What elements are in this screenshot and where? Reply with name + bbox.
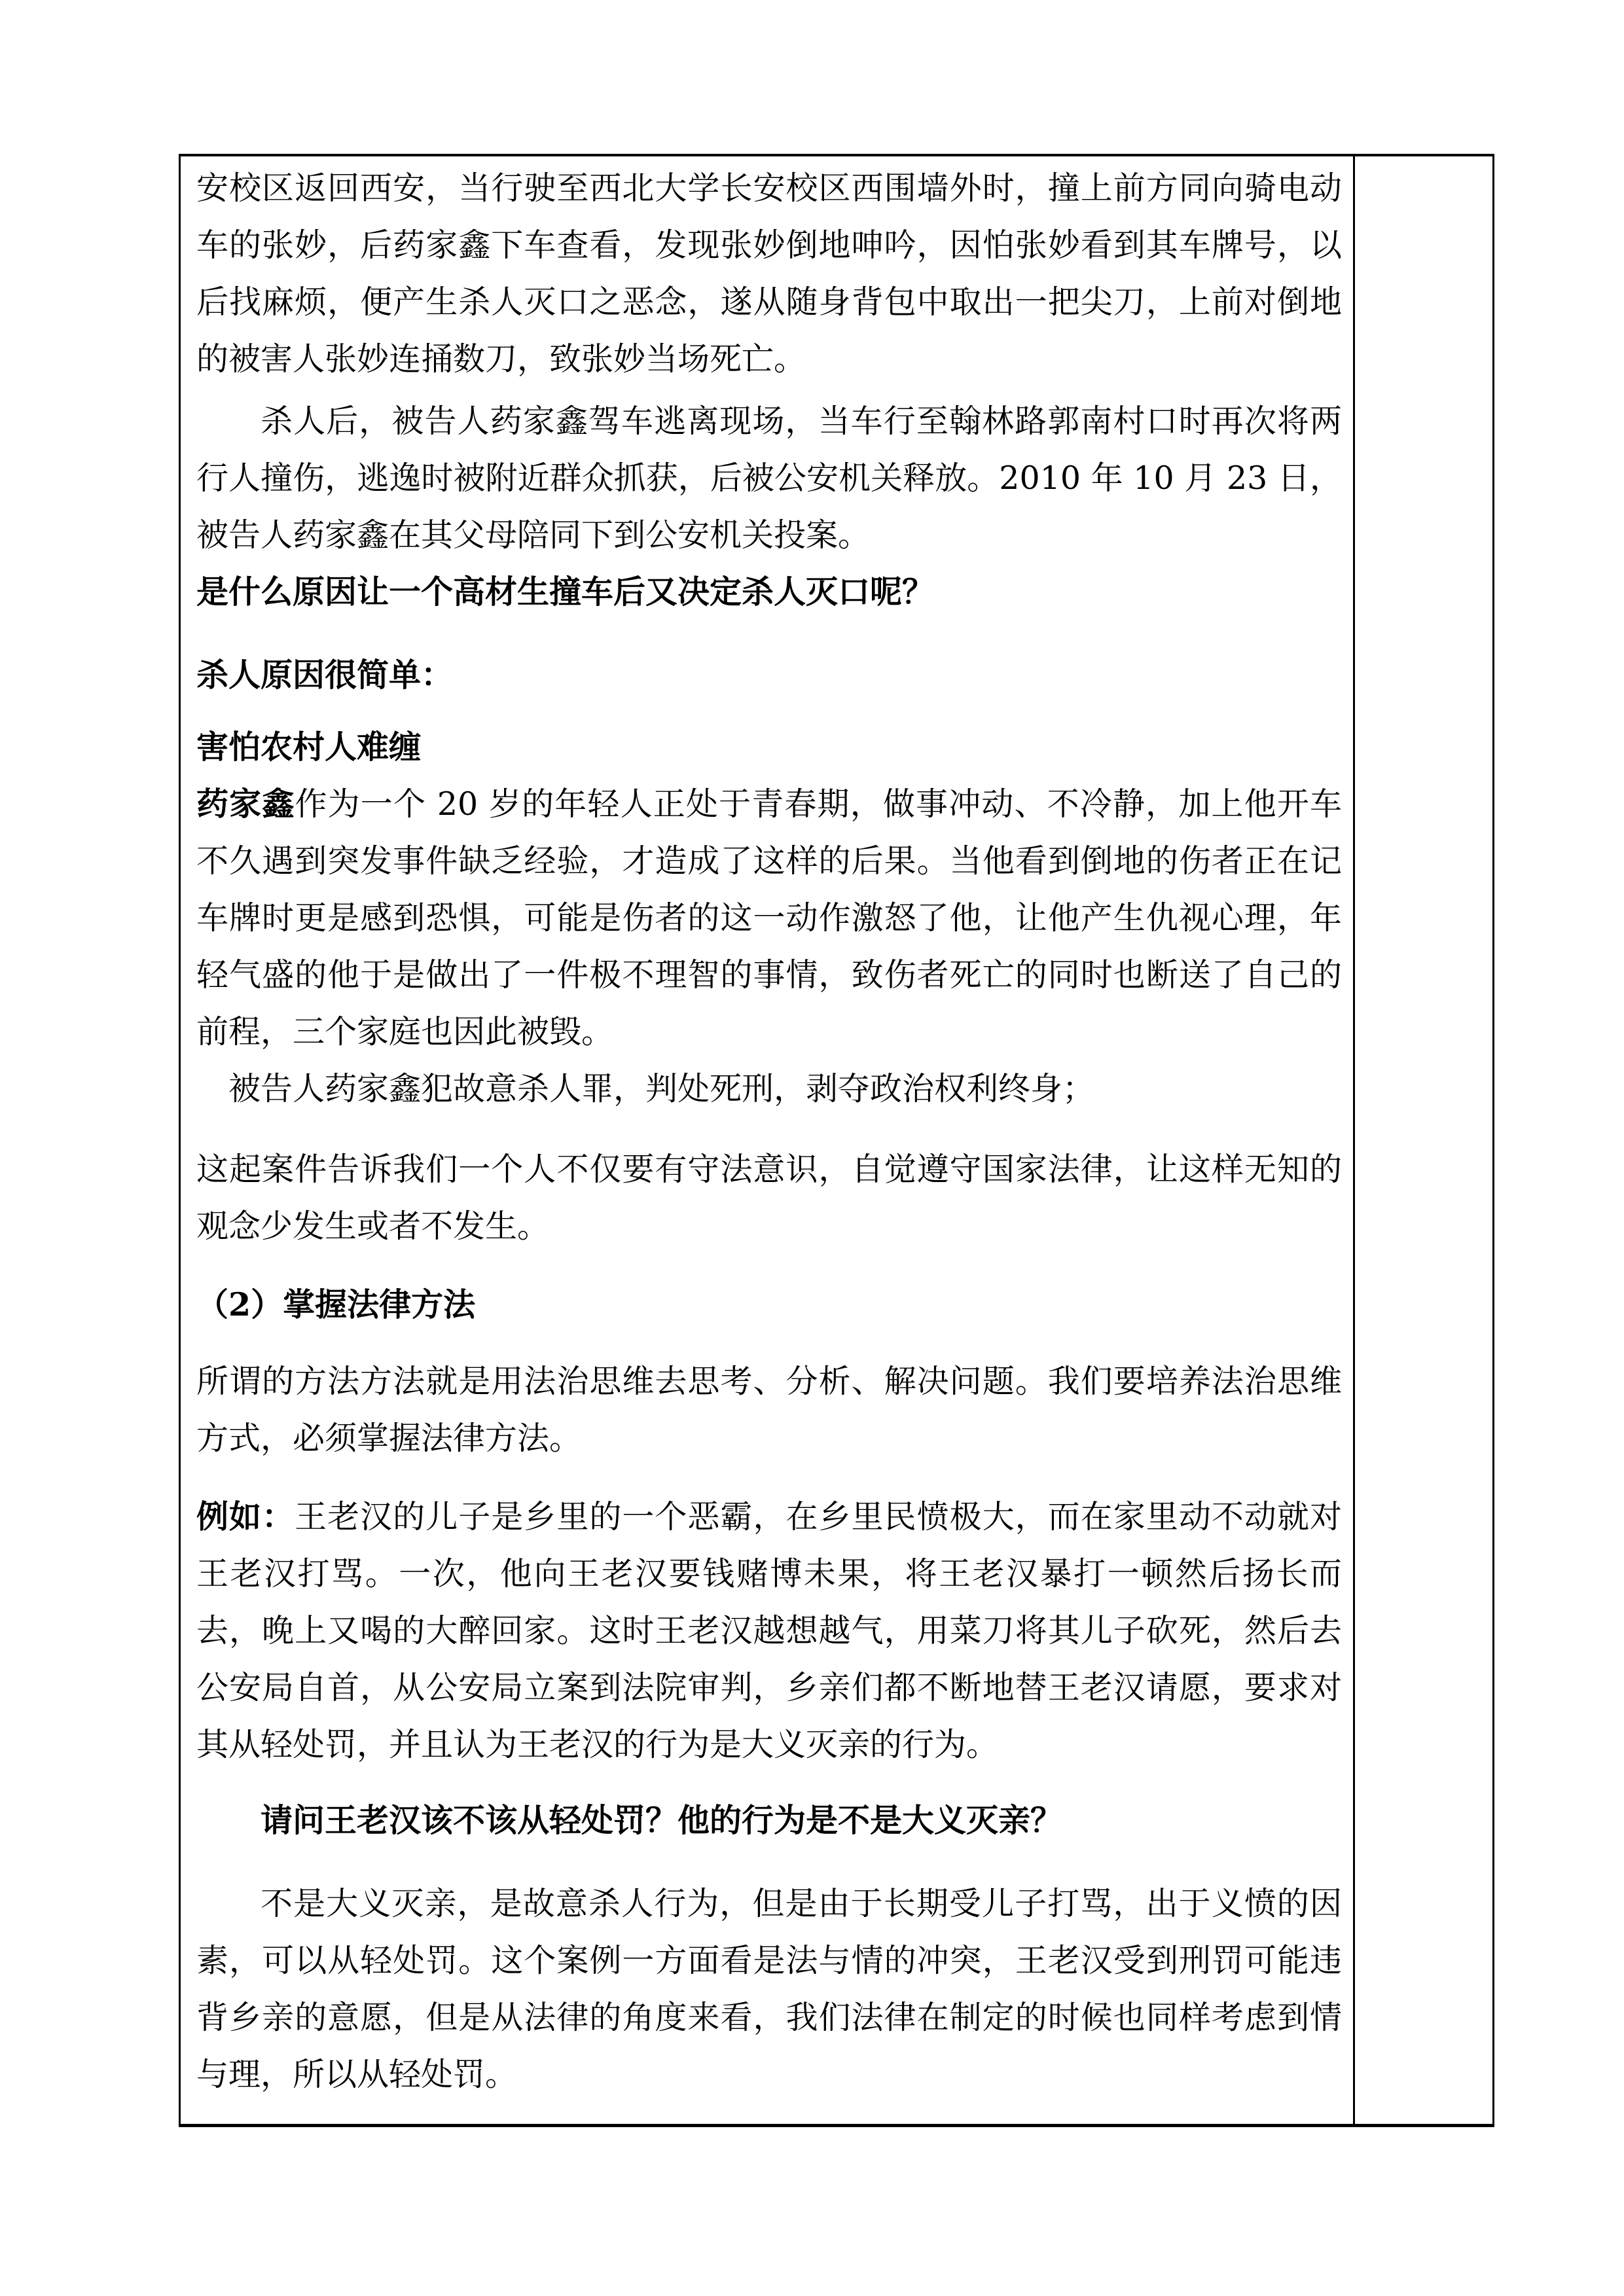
text-segment: 这起案件告诉我们一个人不仅要有守法意识，自觉遵守国家法律，让这样无知的观念少发生…: [196, 1151, 1342, 1245]
text-segment-bold: 害怕农村人难缠: [196, 728, 421, 766]
para-example-wang: 例如：王老汉的儿子是乡里的一个恶霸，在乡里民愤极大，而在家里动不动就对王老汉打骂…: [196, 1488, 1342, 1773]
text-segment-bold: 例如：: [196, 1498, 295, 1535]
text-segment: 被告人药家鑫犯故意杀人罪，判处死刑，剥夺政治权利终身；: [228, 1070, 1094, 1107]
para-after-murder: 杀人后，被告人药家鑫驾车逃离现场，当车行至翰林路郭南村口时再次将两行人撞伤，逃逸…: [196, 393, 1342, 564]
side-column-cell: [1353, 156, 1492, 2124]
text-segment-bold: 是什么原因让一个高材生撞车后又决定杀人灭口呢？: [196, 573, 934, 611]
text-segment: 所谓的方法方法就是用法治思维去思考、分析、解决问题。我们要培养法治思维方式，必须…: [196, 1363, 1342, 1457]
text-segment-bold: 杀人原因很简单：: [196, 656, 453, 694]
para-case-continuation: 安校区返回西安，当行驶至西北大学长安校区西围墙外时，撞上前方同向骑电动车的张妙，…: [196, 160, 1342, 387]
heading-murder-reason: 杀人原因很简单：: [196, 647, 1342, 704]
heading-fear-rural-people: 害怕农村人难缠: [196, 719, 1342, 776]
text-segment-bold: （2）掌握法律方法: [196, 1285, 475, 1323]
lesson-plan-table: 安校区返回西安，当行驶至西北大学长安校区西围墙外时，撞上前方同向骑电动车的张妙，…: [179, 154, 1494, 2127]
para-method-definition: 所谓的方法方法就是用法治思维去思考、分析、解决问题。我们要培养法治思维方式，必须…: [196, 1353, 1342, 1467]
text-segment: 作为一个 20 岁的年轻人正处于青春期，做事冲动、不冷静，加上他开车不久遇到突发…: [196, 785, 1342, 1050]
para-psychology-analysis: 药家鑫作为一个 20 岁的年轻人正处于青春期，做事冲动、不冷静，加上他开车不久遇…: [196, 776, 1342, 1060]
text-segment: 王老汉的儿子是乡里的一个恶霸，在乡里民愤极大，而在家里动不动就对王老汉打骂。一次…: [196, 1498, 1342, 1763]
document-page: 安校区返回西安，当行驶至西北大学长安校区西围墙外时，撞上前方同向骑电动车的张妙，…: [0, 0, 1624, 2296]
text-segment-bold: 药家鑫: [196, 785, 295, 823]
question-why-kill: 是什么原因让一个高材生撞车后又决定杀人灭口呢？: [196, 564, 1342, 620]
lesson-content-cell: 安校区返回西安，当行驶至西北大学长安校区西围墙外时，撞上前方同向骑电动车的张妙，…: [181, 156, 1353, 2124]
question-wang-leniency: 请问王老汉该不该从轻处罚？他的行为是不是大义灭亲？: [196, 1792, 1342, 1849]
text-segment: 安校区返回西安，当行驶至西北大学长安校区西围墙外时，撞上前方同向骑电动车的张妙，…: [196, 170, 1342, 378]
para-case-lesson: 这起案件告诉我们一个人不仅要有守法意识，自觉遵守国家法律，让这样无知的观念少发生…: [196, 1141, 1342, 1255]
text-segment: 杀人后，被告人药家鑫驾车逃离现场，当车行至翰林路郭南村口时再次将两行人撞伤，逃逸…: [196, 403, 1342, 554]
para-answer-analysis: 不是大义灭亲，是故意杀人行为，但是由于长期受儿子打骂，出于义愤的因素，可以从轻处…: [196, 1875, 1342, 2103]
heading-master-legal-method: （2）掌握法律方法: [196, 1276, 1342, 1333]
text-segment: 不是大义灭亲，是故意杀人行为，但是由于长期受儿子打骂，出于义愤的因素，可以从轻处…: [196, 1885, 1342, 2093]
text-segment-bold: 请问王老汉该不该从轻处罚？他的行为是不是大义灭亲？: [261, 1801, 1062, 1839]
para-verdict: 被告人药家鑫犯故意杀人罪，判处死刑，剥夺政治权利终身；: [196, 1060, 1342, 1117]
